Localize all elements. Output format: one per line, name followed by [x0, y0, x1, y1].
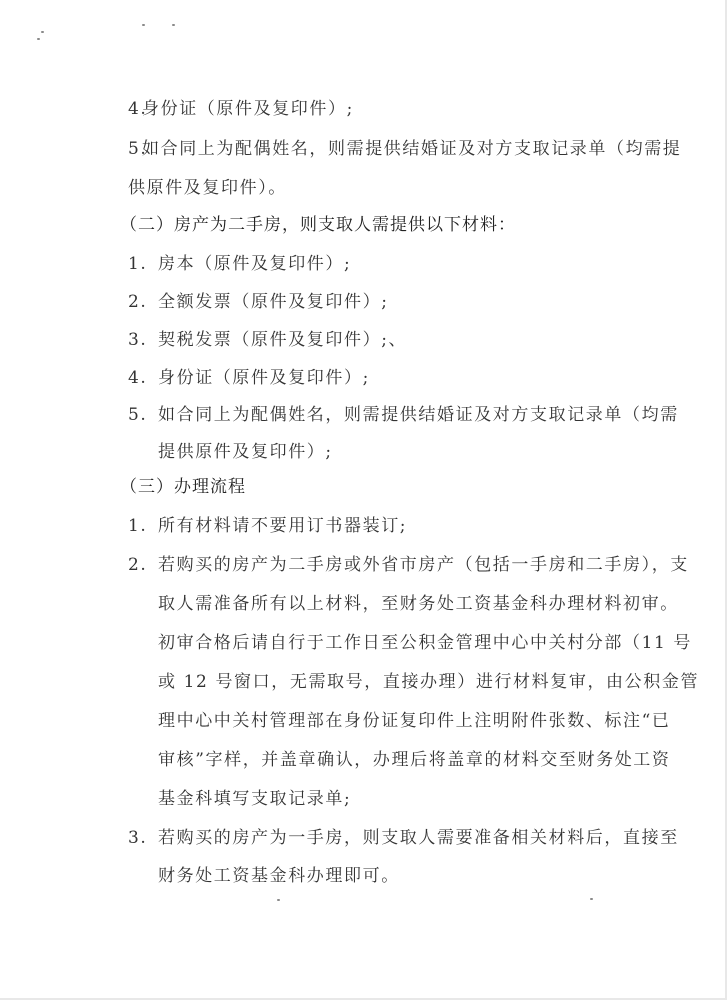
scan-speck: [37, 38, 40, 40]
list-item-second-hand-process-line: 初审合格后请自行于工作日至公积金管理中心中关村分部（11 号: [158, 633, 692, 653]
list-item-second-hand-process-line: 理中心中关村管理部在身份证复印件上注明附件张数、标注“已: [158, 711, 671, 731]
list-item-id-card: 4.身份证（原件及复印件）;: [128, 99, 354, 119]
scan-speck: [590, 898, 593, 900]
scan-speck: [41, 31, 44, 33]
list-item-no-stapler: 1.所有材料请不要用订书器装订;: [128, 516, 407, 536]
list-item-spouse-name: 5.如合同上为配偶姓名，则需提供结婚证及对方支取记录单（均需: [128, 405, 679, 425]
list-item-second-hand-process: 2.若购买的房产为二手房或外省市房产（包括一手房和二手房），支: [128, 555, 689, 575]
list-item-spouse-name-continuation: 供原件及复印件）。: [128, 178, 287, 198]
scanned-document-page: 4.身份证（原件及复印件）; 5.如合同上为配偶姓名，则需提供结婚证及对方支取记…: [0, 0, 727, 1000]
list-item-spouse-name-continuation: 提供原件及复印件）;: [158, 442, 333, 462]
section-heading-second-hand-house: （二）房产为二手房，则支取人需提供以下材料：: [120, 215, 516, 235]
list-item-full-invoice: 2.全额发票（原件及复印件）;: [128, 292, 389, 312]
scan-speck: [142, 24, 145, 26]
list-item-second-hand-process-line: 审核”字样，并盖章确认，办理后将盖章的材料交至财务处工资: [158, 750, 671, 770]
list-item-new-house-process: 3.若购买的房产为一手房，则支取人需要准备相关材料后，直接至: [128, 828, 679, 848]
scan-speck: [172, 24, 175, 26]
list-item-spouse-name: 5.如合同上为配偶姓名，则需提供结婚证及对方支取记录单（均需提: [128, 139, 681, 159]
list-item-second-hand-process-line: 或 12 号窗口，无需取号，直接办理）进行材料复审，由公积金管: [158, 672, 699, 692]
scan-speck: [277, 899, 280, 901]
section-heading-process: （三）办理流程: [120, 477, 246, 497]
list-item-house-deed: 1.房本（原件及复印件）;: [128, 254, 351, 274]
list-item-second-hand-process-line: 基金科填写支取记录单;: [158, 789, 351, 809]
list-item-deed-tax-invoice: 3.契税发票（原件及复印件）;、: [128, 330, 407, 350]
list-item-id-card: 4.身份证（原件及复印件）;: [128, 368, 370, 388]
list-item-second-hand-process-line: 取人需准备所有以上材料，至财务处工资基金科办理材料初审。: [158, 594, 679, 614]
list-item-new-house-process-line: 财务处工资基金科办理即可。: [158, 866, 400, 886]
